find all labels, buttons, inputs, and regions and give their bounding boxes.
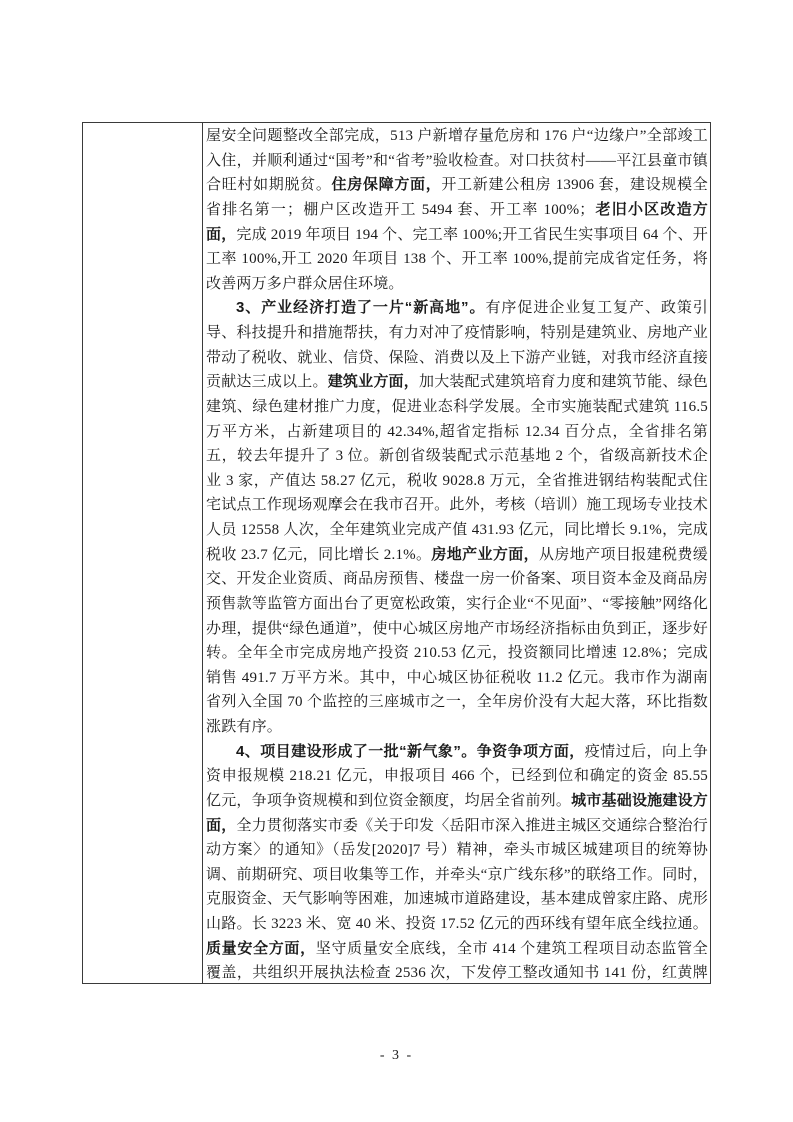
text-run: 完成 2019 年项目 194 个、完工率 100%;开工省民生实事项目 64 … [206,227,708,292]
text-run: 从房地产项目报建税费缓交、开发企业资质、商品房预售、楼盘一房一价备案、项目资本金… [206,547,708,735]
report-table: 屋安全问题整改全部完成，513 户新增存量危房和 176 户“边缘户”全部竣工入… [82,122,711,984]
page-number: - 3 - [380,1048,413,1063]
text-run: 全力贯彻落实市委《关于印发〈岳阳市深入推进主城区交通综合整治行动方案〉的通知》（… [206,818,708,933]
paragraph: 4、项目建设形成了一批“新气象”。争资争项方面，疫情过后，向上争资申报规模 21… [206,740,708,983]
paragraph: 屋安全问题整改全部完成，513 户新增存量危房和 176 户“边缘户”全部竣工入… [206,124,708,296]
table-left-cell [83,123,203,983]
bold-text-run: 建筑业方面， [328,373,419,390]
document-page: 屋安全问题整改全部完成，513 户新增存量危房和 176 户“边缘户”全部竣工入… [0,0,793,1122]
bold-text-run: 3、产业经济打造了一片“新高地”。 [236,299,485,316]
paragraph: 3、产业经济打造了一片“新高地”。有序促进企业复工复产、政策引导、科技提升和措施… [206,296,708,739]
bold-text-run: 4、项目建设形成了一批“新气象”。争资争项方面， [236,743,585,760]
bold-text-run: 住房保障方面， [332,176,442,193]
table-content-cell: 屋安全问题整改全部完成，513 户新增存量危房和 176 户“边缘户”全部竣工入… [203,123,710,983]
bold-text-run: 房地产业方面， [431,546,539,563]
bold-text-run: 质量安全方面， [206,940,316,957]
page-footer: - 3 - [0,1046,793,1064]
text-run: 加大装配式建筑培育力度和建筑节能、绿色建筑、绿色建材推广力度，促进业态科学发展。… [206,374,708,562]
